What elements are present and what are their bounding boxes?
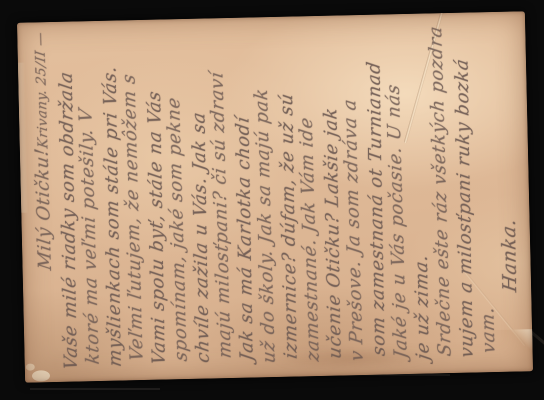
handwritten-letter: Milý Otičku! Krivany. 25/II — Vaše milé … <box>17 11 533 382</box>
letter-greeting: Milý Otičku! <box>31 147 57 272</box>
photo-background: Milý Otičku! Krivany. 25/II — Vaše milé … <box>0 0 544 400</box>
letter-dateline: Krivany. 25/II — <box>29 31 54 150</box>
postcard: Milý Otičku! Krivany. 25/II — Vaše milé … <box>17 11 533 382</box>
letter-signature: Hanka. <box>494 20 521 293</box>
backdrop-scratch <box>30 388 160 390</box>
